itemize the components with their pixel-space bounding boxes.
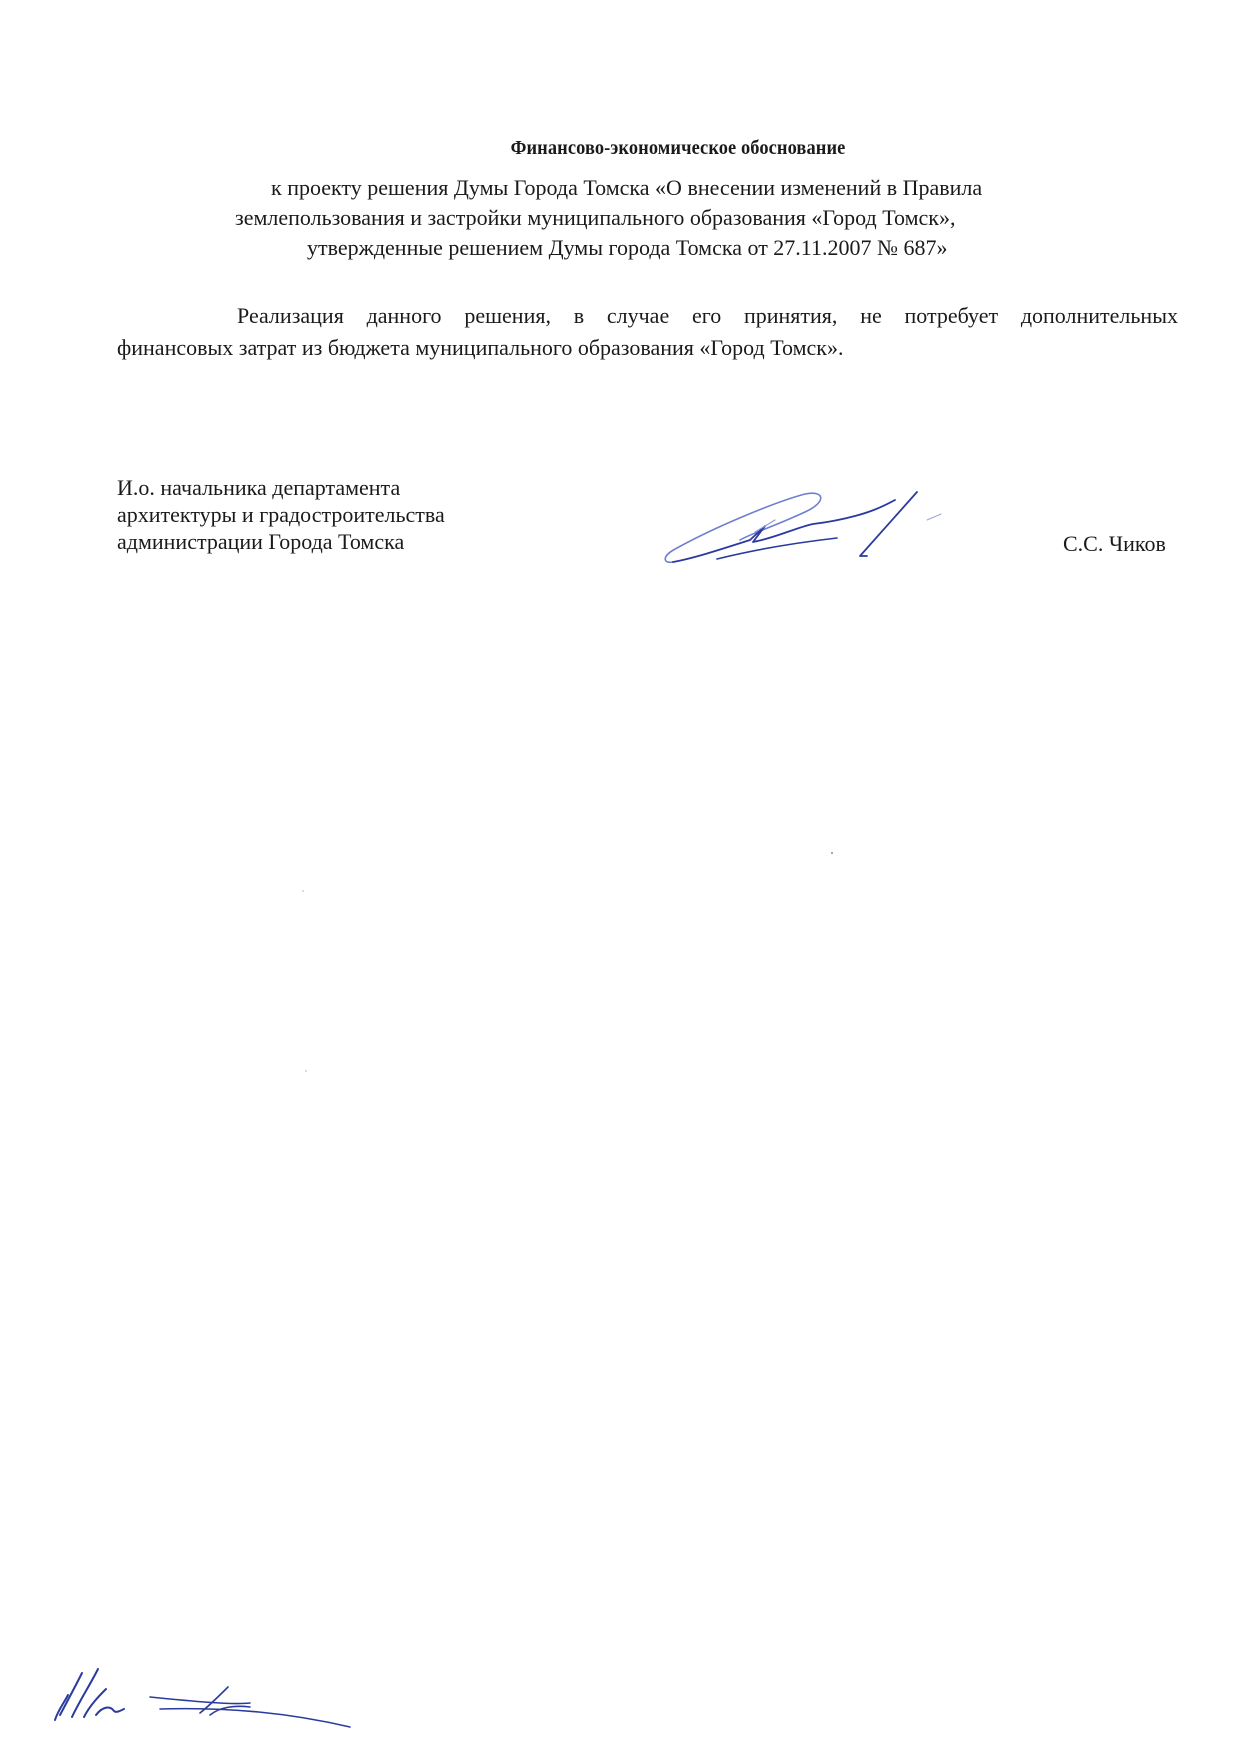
signatory-position-line-1: И.о. начальника департамента [117, 474, 445, 501]
signatory-name: С.С. Чиков [1063, 530, 1166, 557]
subtitle-line-2: землепользования и застройки муниципальн… [235, 205, 955, 231]
signatory-position-line-2: архитектуры и градостроительства [117, 501, 445, 528]
scan-speck [831, 852, 833, 854]
document-page: Финансово-экономическое обоснование к пр… [0, 0, 1240, 1753]
subtitle-line-3: утвержденные решением Думы города Томска… [307, 235, 947, 261]
body-line-2: финансовых затрат из бюджета муниципальн… [117, 332, 1178, 364]
document-title: Финансово-экономическое обоснование [54, 137, 1240, 160]
signatory-position-line-3: администрации Города Томска [117, 528, 445, 555]
scan-speck [305, 1070, 307, 1072]
handwritten-signature-icon [655, 482, 945, 572]
body-line-1-wrap: Реализация данного решения, в случае его… [117, 300, 1178, 332]
body-paragraph: Реализация данного решения, в случае его… [117, 300, 1178, 364]
scan-speck [302, 890, 304, 892]
body-line-1: Реализация данного решения, в случае его… [177, 300, 1178, 332]
subtitle-line-1: к проекту решения Думы Города Томска «О … [271, 175, 982, 201]
initials-mark-icon [50, 1655, 360, 1735]
signatory-position: И.о. начальника департамента архитектуры… [117, 474, 445, 555]
